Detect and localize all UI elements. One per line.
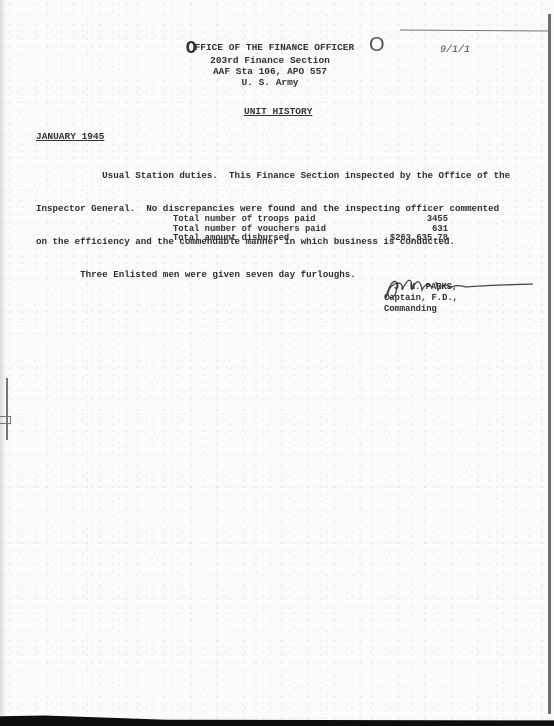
stat-label: Total amount disbursed — [173, 234, 289, 244]
scan-edge-right — [548, 14, 551, 714]
letterhead-line-1: OFFICE OF THE FINANCE OFFICER — [170, 42, 370, 55]
letterhead-line-2: 203rd Finance Section — [170, 55, 370, 66]
statistics-table: Total number of troops paid 3455 Total n… — [173, 215, 448, 244]
stat-value: $263,635.78 — [378, 234, 448, 244]
scan-shadow — [0, 0, 6, 726]
paragraph-line: Usual Station duties. This Finance Secti… — [36, 170, 516, 181]
stat-row: Total amount disbursed $263,635.78 — [173, 234, 448, 244]
month-heading: JANUARY 1945 — [36, 131, 104, 142]
signature-block: J. H. PARKS, Captain, F.D., Commanding — [384, 282, 458, 315]
letterhead: OFFICE OF THE FINANCE OFFICER 203rd Fina… — [170, 42, 370, 88]
margin-tick — [0, 416, 11, 424]
signatory-name: J. H. PARKS, — [384, 282, 458, 293]
signatory-role: Commanding — [384, 304, 458, 315]
paragraph-line: Inspector General. No discrepancies were… — [36, 203, 516, 214]
page-number: 9/1/1 — [440, 45, 470, 56]
letterhead-line-3: AAF Sta 106, APO 557 — [170, 66, 370, 77]
margin-mark — [6, 378, 8, 440]
signatory-rank: Captain, F.D., — [384, 293, 458, 304]
document-title: UNIT HISTORY — [244, 106, 312, 117]
letterhead-line-4: U. S. Army — [170, 77, 370, 88]
punch-hole-icon: O — [369, 34, 385, 57]
